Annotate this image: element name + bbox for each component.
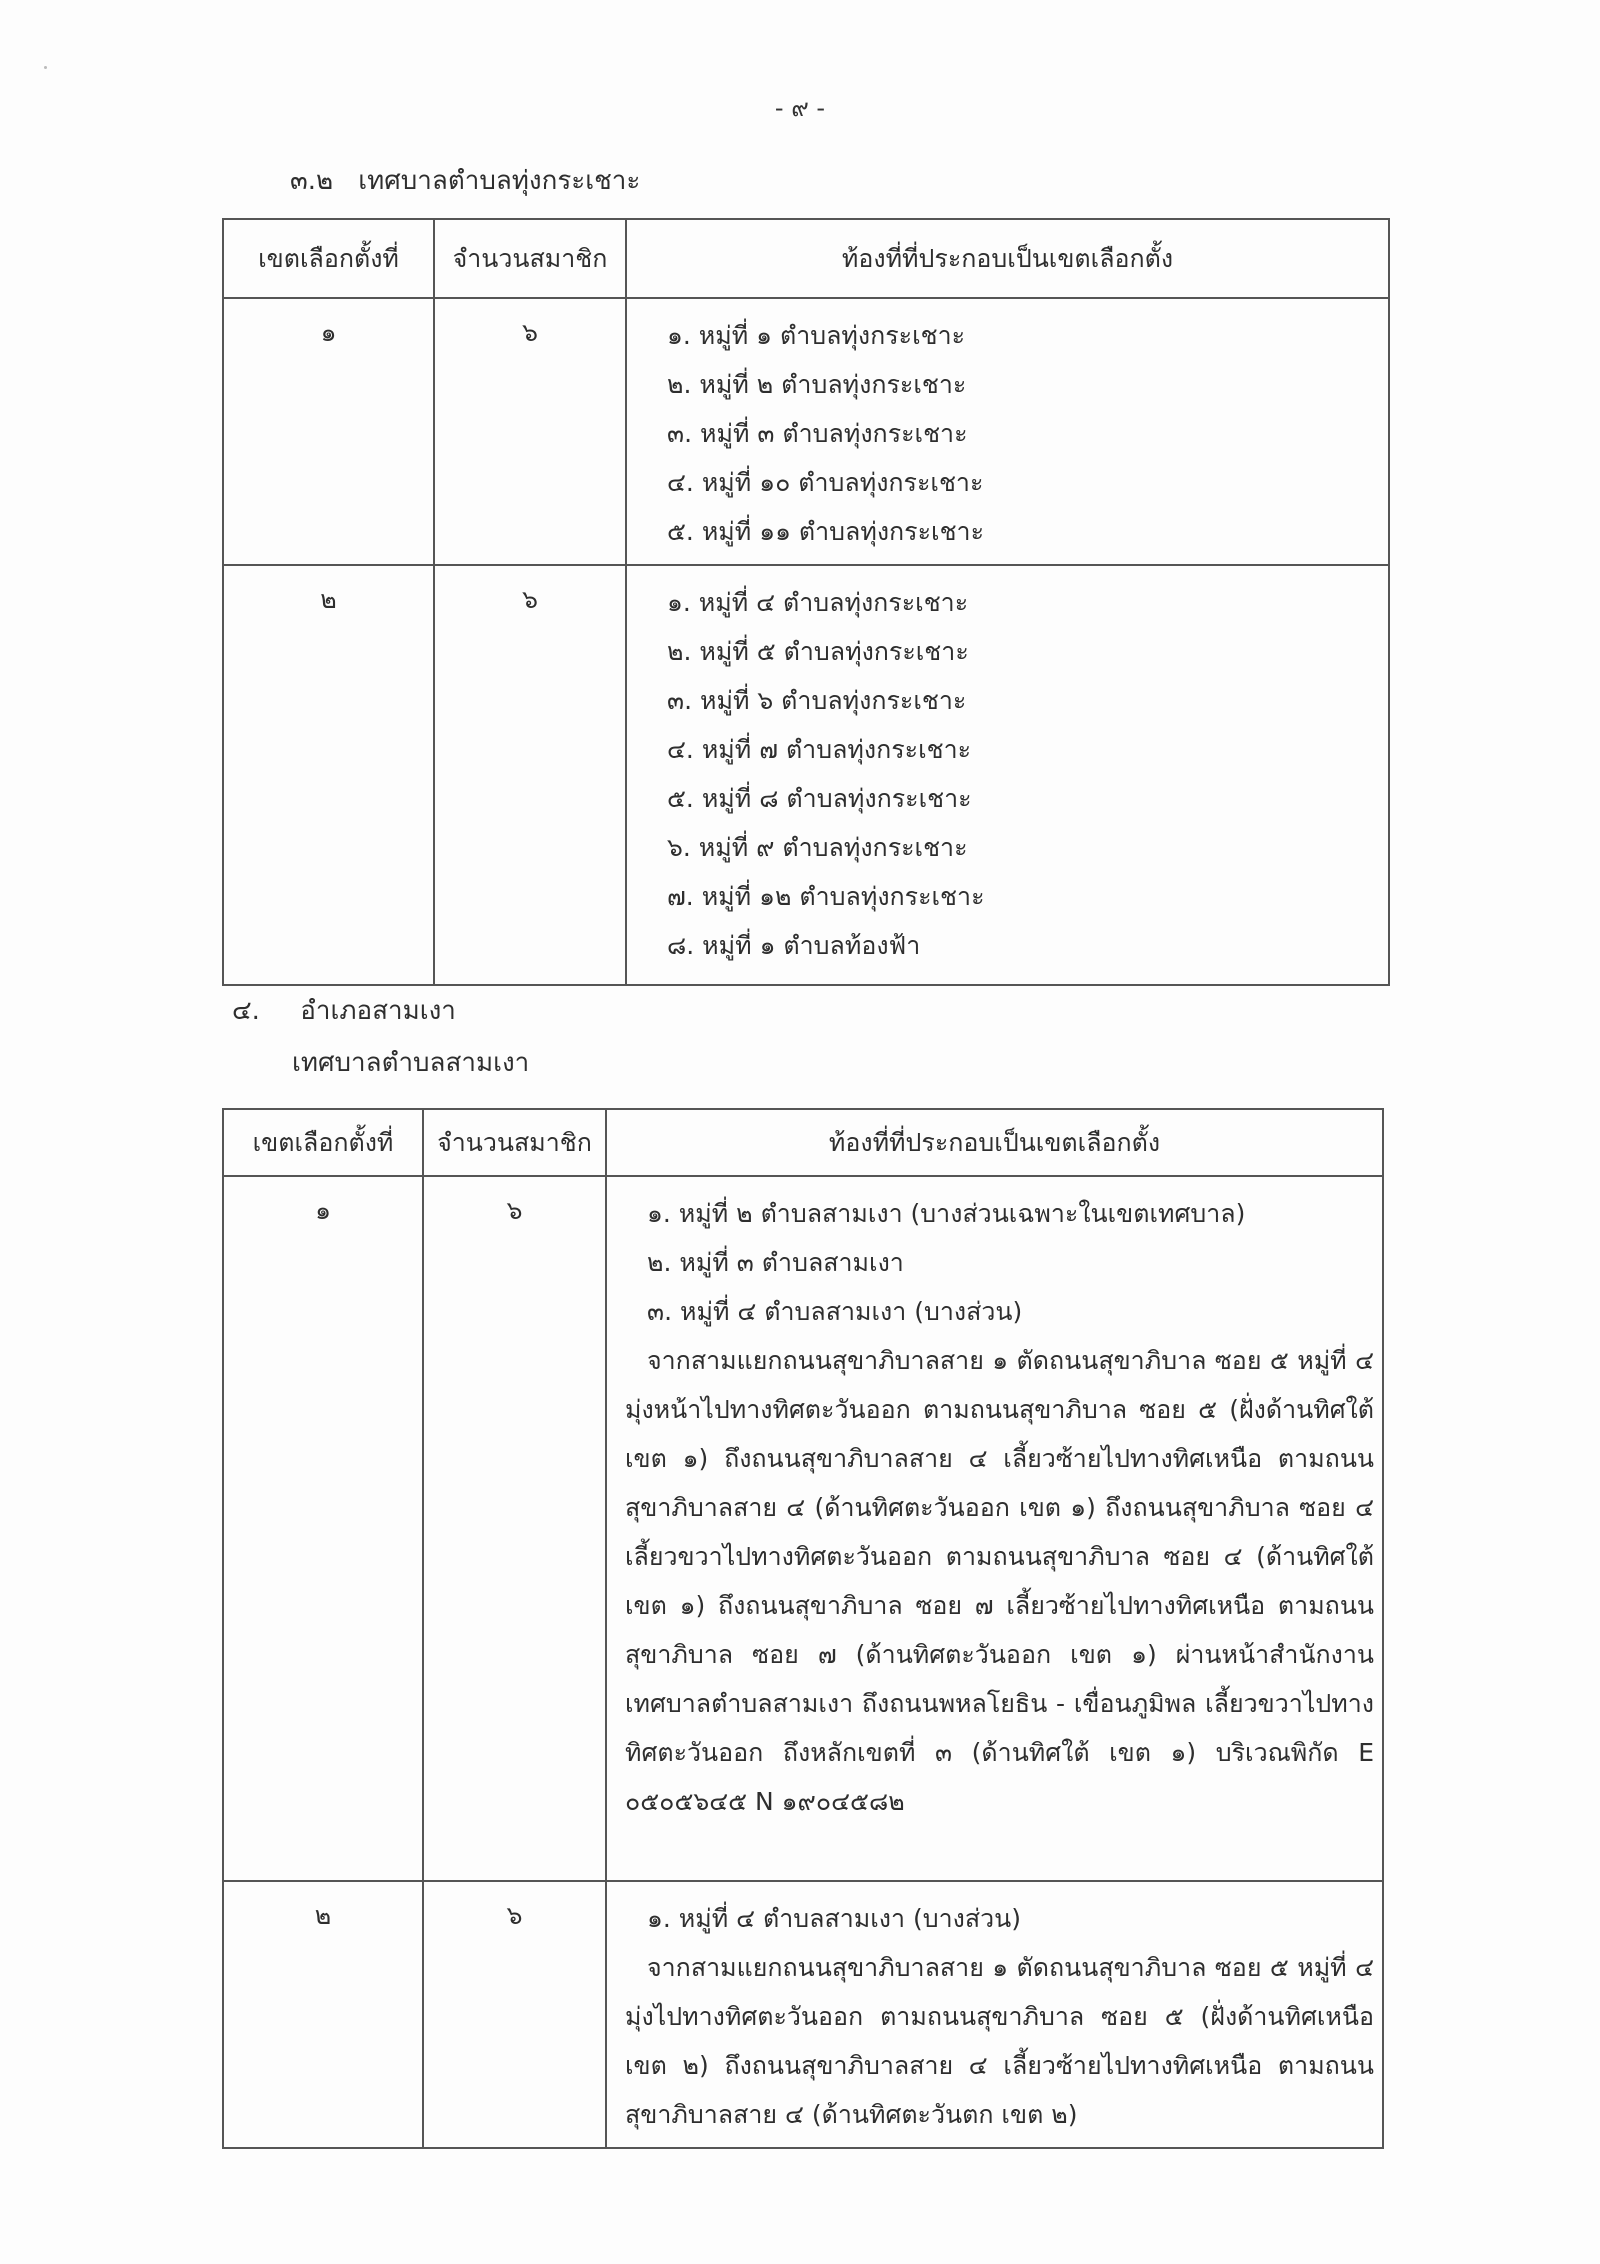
boundary-description: จากสามแยกถนนสุขาภิบาลสาย ๑ ตัดถนนสุขาภิบ… xyxy=(625,1336,1374,1826)
district-number: ๒ xyxy=(223,1881,423,2148)
member-count: ๖ xyxy=(434,298,626,565)
col-header-district: เขตเลือกตั้งที่ xyxy=(223,219,434,298)
area-item: ๒. หมู่ที่ ๓ ตำบลสามเงา xyxy=(625,1238,1374,1287)
area-item: ๓. หมู่ที่ ๓ ตำบลทุ่งกระเชาะ xyxy=(667,409,1378,458)
section-3-2-heading: ๓.๒ เทศบาลตำบลทุ่งกระเชาะ xyxy=(290,160,640,201)
area-item: ๓. หมู่ที่ ๔ ตำบลสามเงา (บางส่วน) xyxy=(625,1287,1374,1336)
district-number: ๑ xyxy=(223,298,434,565)
member-count: ๖ xyxy=(423,1881,606,2148)
area-item: ๒. หมู่ที่ ๒ ตำบลทุ่งกระเชาะ xyxy=(667,360,1378,409)
page-number: - ๙ - xyxy=(0,88,1600,127)
member-count: ๖ xyxy=(423,1176,606,1881)
area-item: ๑. หมู่ที่ ๑ ตำบลทุ่งกระเชาะ xyxy=(667,311,1378,360)
area-item: ๘. หมู่ที่ ๑ ตำบลท้องฟ้า xyxy=(667,921,1378,970)
section-4-heading: ๔. อำเภอสามเงา xyxy=(232,990,456,1031)
section-4-subheading: เทศบาลตำบลสามเงา xyxy=(292,1042,529,1083)
area-list: ๑. หมู่ที่ ๒ ตำบลสามเงา (บางส่วนเฉพาะในเ… xyxy=(606,1176,1383,1881)
area-item: ๕. หมู่ที่ ๘ ตำบลทุ่งกระเชาะ xyxy=(667,774,1378,823)
table-row: ๑ ๖ ๑. หมู่ที่ ๑ ตำบลทุ่งกระเชาะ ๒. หมู่… xyxy=(223,298,1389,565)
col-header-areas: ท้องที่ที่ประกอบเป็นเขตเลือกตั้ง xyxy=(606,1109,1383,1176)
area-item: ๑. หมู่ที่ ๒ ตำบลสามเงา (บางส่วนเฉพาะในเ… xyxy=(625,1189,1374,1238)
area-item: ๓. หมู่ที่ ๖ ตำบลทุ่งกระเชาะ xyxy=(667,676,1378,725)
col-header-district: เขตเลือกตั้งที่ xyxy=(223,1109,423,1176)
scan-speck xyxy=(44,66,47,69)
table-sam-ngao-districts: เขตเลือกตั้งที่ จำนวนสมาชิก ท้องที่ที่ปร… xyxy=(222,1108,1384,2149)
district-number: ๑ xyxy=(223,1176,423,1881)
area-item: ๑. หมู่ที่ ๔ ตำบลสามเงา (บางส่วน) xyxy=(625,1894,1374,1943)
col-header-areas: ท้องที่ที่ประกอบเป็นเขตเลือกตั้ง xyxy=(626,219,1389,298)
section-title: เทศบาลตำบลทุ่งกระเชาะ xyxy=(358,166,640,196)
section-title: อำเภอสามเงา xyxy=(300,996,456,1026)
table-row: ๒ ๖ ๑. หมู่ที่ ๔ ตำบลทุ่งกระเชาะ ๒. หมู่… xyxy=(223,565,1389,985)
section-number: ๓.๒ xyxy=(290,160,350,201)
area-item: ๗. หมู่ที่ ๑๒ ตำบลทุ่งกระเชาะ xyxy=(667,872,1378,921)
boundary-description: จากสามแยกถนนสุขาภิบาลสาย ๑ ตัดถนนสุขาภิบ… xyxy=(625,1943,1374,2139)
table-header-row: เขตเลือกตั้งที่ จำนวนสมาชิก ท้องที่ที่ปร… xyxy=(223,1109,1383,1176)
section-number: ๔. xyxy=(232,990,292,1031)
area-item: ๖. หมู่ที่ ๙ ตำบลทุ่งกระเชาะ xyxy=(667,823,1378,872)
col-header-members: จำนวนสมาชิก xyxy=(434,219,626,298)
table-row: ๑ ๖ ๑. หมู่ที่ ๒ ตำบลสามเงา (บางส่วนเฉพา… xyxy=(223,1176,1383,1881)
col-header-members: จำนวนสมาชิก xyxy=(423,1109,606,1176)
area-list: ๑. หมู่ที่ ๔ ตำบลสามเงา (บางส่วน) จากสาม… xyxy=(606,1881,1383,2148)
member-count: ๖ xyxy=(434,565,626,985)
area-item: ๔. หมู่ที่ ๗ ตำบลทุ่งกระเชาะ xyxy=(667,725,1378,774)
district-number: ๒ xyxy=(223,565,434,985)
area-item: ๔. หมู่ที่ ๑๐ ตำบลทุ่งกระเชาะ xyxy=(667,458,1378,507)
table-row: ๒ ๖ ๑. หมู่ที่ ๔ ตำบลสามเงา (บางส่วน) จา… xyxy=(223,1881,1383,2148)
table-header-row: เขตเลือกตั้งที่ จำนวนสมาชิก ท้องที่ที่ปร… xyxy=(223,219,1389,298)
area-item: ๒. หมู่ที่ ๕ ตำบลทุ่งกระเชาะ xyxy=(667,627,1378,676)
table-thung-kracho-districts: เขตเลือกตั้งที่ จำนวนสมาชิก ท้องที่ที่ปร… xyxy=(222,218,1390,986)
area-list: ๑. หมู่ที่ ๔ ตำบลทุ่งกระเชาะ ๒. หมู่ที่ … xyxy=(626,565,1389,985)
area-item: ๑. หมู่ที่ ๔ ตำบลทุ่งกระเชาะ xyxy=(667,578,1378,627)
area-item: ๕. หมู่ที่ ๑๑ ตำบลทุ่งกระเชาะ xyxy=(667,507,1378,556)
area-list: ๑. หมู่ที่ ๑ ตำบลทุ่งกระเชาะ ๒. หมู่ที่ … xyxy=(626,298,1389,565)
